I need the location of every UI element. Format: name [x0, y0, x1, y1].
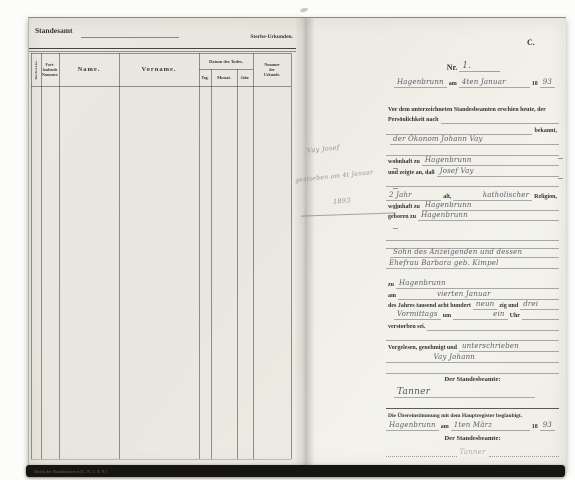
printed-text: am	[386, 292, 398, 300]
handwriting-religion: katholischer	[480, 191, 532, 201]
handwriting-deceased-name: Josef Vay	[437, 167, 477, 177]
form-line: Persönlichkeit nach	[386, 114, 559, 124]
form-line: wohnhaft zu Hagenbrunn	[386, 156, 559, 166]
col-header-year: Jahr.	[237, 69, 253, 86]
printed-text: um	[441, 312, 453, 320]
form-line: Sohn des Anzeigenden und dessen	[386, 248, 559, 258]
rule-fill	[502, 259, 559, 269]
certify-am: am	[439, 423, 451, 431]
registrar-signature: Tanner	[394, 388, 433, 398]
scan-smudge	[300, 7, 309, 13]
rule-fill	[453, 191, 479, 201]
col-header-vorname: Vorname.	[119, 53, 199, 86]
form-line: verstorben sei.	[386, 321, 559, 331]
handwriting-residence: Hagenbrunn	[422, 156, 475, 166]
nr-label: Nr.	[445, 64, 460, 72]
rule-fill	[495, 421, 530, 431]
page-edge-mark	[558, 178, 563, 179]
rule-fill	[386, 331, 559, 341]
handwriting-hour: ein	[490, 310, 508, 320]
table-vline	[199, 53, 200, 459]
dateline-daymonth: 4ten Januar	[459, 78, 509, 88]
certification-dateline: Hagenbrunn am 1ten März 18 93	[386, 421, 559, 431]
table-vline	[253, 53, 254, 459]
header-double-rule-bottom	[29, 51, 296, 52]
form-line: Vormittags um ein Uhr	[386, 310, 559, 320]
form-line: des Jahres tausend acht hundert neun zig…	[386, 300, 559, 310]
col-header-letter: Buchstabe.	[31, 53, 41, 86]
table-vline	[31, 53, 32, 459]
rule-fill	[486, 135, 559, 145]
form-line: und zeigte an, daß Josef Vay	[386, 167, 559, 177]
handwriting-declarant: der Ökonom Johann Vay	[390, 135, 486, 145]
standesamt-label: Standesamt	[35, 26, 73, 35]
printed-text: Uhr	[508, 312, 522, 320]
margin-note-year: 1893	[333, 196, 351, 206]
printed-text: Vorgelesen, genehmigt und	[386, 344, 459, 352]
form-line-blank	[386, 177, 559, 187]
separator-rule	[386, 399, 559, 409]
form-line: der Ökonom Johann Vay	[386, 135, 559, 145]
rule-fill	[453, 310, 490, 320]
table-vline	[41, 53, 42, 459]
header-double-rule-top	[29, 48, 296, 49]
rule-fill	[494, 290, 559, 300]
cert-number-stack: Nummer der Urkunde.	[264, 62, 280, 77]
declarant-signature: Vay Johann	[431, 353, 478, 363]
cert-number-line: Urkunde.	[264, 72, 280, 77]
registrar-signature-line-2: Tanner	[386, 447, 559, 457]
certify-place: Hagenbrunn	[386, 421, 439, 431]
col-header-letter-label: Buchstabe.	[34, 60, 38, 79]
printed-text: geboren zu	[386, 213, 418, 221]
page-fold-gutter	[295, 18, 315, 469]
registrar-signature-2: Tanner	[457, 448, 489, 457]
printed-text: zig und	[497, 302, 520, 310]
rule-fill	[522, 310, 559, 320]
rule-fill	[386, 125, 532, 135]
dateline-am: am	[447, 80, 459, 88]
rule-fill	[474, 60, 500, 72]
certify-century: 18	[530, 423, 540, 431]
rule-fill	[386, 353, 431, 363]
rule-fill	[477, 167, 559, 177]
col-header-name: Name.	[59, 53, 119, 86]
printed-text: und zeigte an, daß	[386, 169, 437, 177]
printed-text: Vor dem unterzeichneten Standesbeamten e…	[386, 106, 548, 114]
dotted-rule	[489, 447, 560, 457]
table-vline	[291, 53, 292, 459]
rule-fill	[471, 211, 559, 221]
table-vline	[119, 53, 120, 459]
printed-text: wohnhaft zu	[386, 158, 422, 166]
form-line-blank	[386, 364, 559, 374]
handwriting-parentage: Sohn des Anzeigenden und dessen	[390, 248, 525, 258]
rule-fill	[386, 177, 559, 187]
paper-sheet: Standesamt Sterbe-Urkunden. Buchstabe. F…	[28, 17, 566, 469]
printed-text: zu	[386, 281, 396, 289]
printed-text: bekannt,	[532, 127, 559, 135]
table-bottom-line	[31, 459, 291, 460]
form-line: am vierten Januar	[386, 290, 559, 300]
printed-text: Persönlichkeit nach	[386, 116, 441, 124]
rule-fill	[522, 342, 559, 352]
stitch-mark	[393, 188, 398, 189]
form-line: 2 Jahr alt, katholischer Religion,	[386, 191, 559, 201]
form-line: Vorgelesen, genehmigt und unterschrieben	[386, 342, 559, 352]
rule-fill	[449, 279, 559, 289]
form-line: Vor dem unterzeichneten Standesbeamten e…	[386, 104, 559, 114]
certification-text: Die Übereinstimmung mit dem Hauptregiste…	[386, 412, 524, 420]
scanned-register-page: Standesamt Sterbe-Urkunden. Buchstabe. F…	[0, 0, 575, 480]
dotted-rule	[386, 447, 457, 457]
rule-fill	[509, 78, 530, 88]
handwriting-age: 2 Jahr	[386, 191, 415, 201]
rule-fill	[475, 156, 559, 166]
running-number-line: Nummer.	[42, 72, 58, 77]
registrar-caption-line: Der Standesbeamte:	[386, 374, 559, 384]
printed-text: verstorben sei.	[386, 323, 427, 331]
registrar-label-2: Der Standesbeamte:	[442, 435, 502, 443]
certification-line: Die Übereinstimmung mit dem Hauptregiste…	[386, 410, 559, 420]
form-line-blank	[386, 331, 559, 341]
margin-note-underline	[301, 212, 396, 216]
printer-imprint: Druck der Buchdruckerei (C. N. 1. 8. 8.)	[34, 469, 107, 474]
dateline-century: 18	[530, 80, 540, 88]
standesamt-fill-line	[81, 37, 179, 38]
form-line: geboren zu Hagenbrunn	[386, 211, 559, 221]
col-header-cert-number: Nummer der Urkunde.	[253, 53, 291, 86]
record-number-line: Nr. 1.	[386, 60, 559, 72]
rule-fill	[415, 191, 441, 201]
handwriting-approval: unterschrieben	[459, 342, 522, 352]
rule-fill	[433, 386, 535, 398]
handwriting-year-tens: neun	[473, 300, 497, 310]
printed-text: alt,	[441, 193, 453, 201]
stitch-mark	[393, 228, 398, 229]
form-line: Vay Johann	[386, 353, 559, 363]
table-vline	[59, 53, 60, 459]
registrar-signature-line: Tanner	[386, 386, 559, 398]
rule-fill	[475, 201, 559, 211]
form-line: Ehefrau Barbara geb. Kimpel	[386, 259, 559, 269]
registrar-caption-line-2: Der Standesbeamte:	[386, 433, 559, 443]
rule-fill	[386, 146, 559, 156]
handwriting-year-ones: drei	[520, 300, 541, 310]
rule-fill	[478, 353, 559, 363]
rule-fill	[541, 300, 559, 310]
form-line: zu Hagenbrunn	[386, 279, 559, 289]
dateline-place: Hagenbrunn	[394, 78, 447, 88]
section-separator	[386, 399, 559, 409]
printed-text: des Jahres tausend acht hundert	[386, 302, 473, 310]
table-vline	[237, 69, 238, 459]
printed-text: wohnhaft zu	[386, 203, 422, 211]
col-header-running-number: Fort- laufende Nummer.	[41, 53, 59, 86]
table-header-bottom-line	[31, 86, 291, 87]
form-line: wohnhaft zu Hagenbrunn	[386, 201, 559, 211]
handwriting-birthplace: Hagenbrunn	[418, 211, 471, 221]
handwriting-mother: Ehefrau Barbara geb. Kimpel	[386, 259, 502, 269]
form-dateline: Hagenbrunn am 4ten Januar 18 93	[386, 78, 559, 88]
page-edge-mark	[558, 158, 563, 159]
handwriting-daytime: Vormittags	[394, 310, 441, 320]
form-line: bekannt,	[386, 125, 559, 135]
col-header-day: Tag.	[199, 69, 211, 86]
certify-year: 93	[540, 421, 555, 431]
rule-fill	[386, 364, 559, 374]
rule-fill	[427, 321, 559, 331]
handwriting-death-date: vierten Januar	[434, 290, 494, 300]
form-line-blank	[386, 146, 559, 156]
rule-fill	[398, 290, 434, 300]
col-header-date-group: Datum des Todes.	[199, 53, 253, 69]
handwriting-death-place: Hagenbrunn	[396, 279, 449, 289]
certify-daymonth: 1ten März	[451, 421, 495, 431]
col-header-month: Monat.	[211, 69, 237, 86]
table-vline	[211, 69, 212, 459]
series-label: Sterbe-Urkunden.	[179, 34, 293, 40]
running-number-stack: Fort- laufende Nummer.	[42, 62, 58, 77]
handwriting-residence: Hagenbrunn	[422, 201, 475, 211]
form-letter-c: C.	[527, 38, 535, 47]
nr-value: 1.	[459, 62, 474, 72]
dateline-year: 93	[540, 78, 555, 88]
rule-fill	[525, 248, 559, 258]
rule-fill	[441, 114, 560, 124]
registrar-label: Der Standesbeamte:	[442, 376, 502, 384]
printed-text: Religion,	[532, 193, 559, 201]
